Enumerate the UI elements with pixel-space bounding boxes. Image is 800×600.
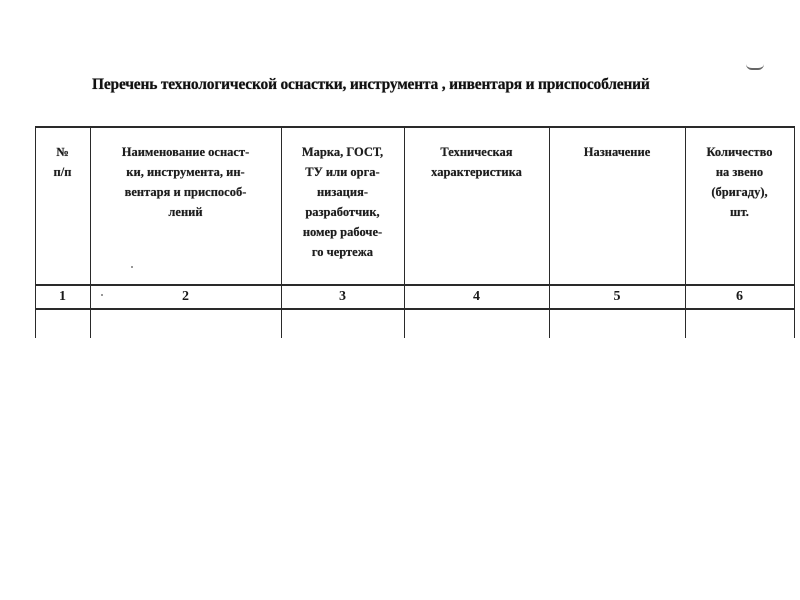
header-cell-number: № п/п xyxy=(35,142,90,182)
column-number-cell: 6 xyxy=(685,286,794,308)
scan-speck xyxy=(131,266,133,268)
column-number-cell: 5 xyxy=(549,286,685,308)
header-cell-purpose: Назначение xyxy=(549,142,685,162)
header-cell-name: Наименование оснаст- ки, инструмента, ин… xyxy=(90,142,281,222)
column-number-cell: 1 xyxy=(35,286,90,308)
column-number-cell: 4 xyxy=(404,286,549,308)
column-number-cell: 3 xyxy=(281,286,404,308)
header-cell-brand-gost: Марка, ГОСТ, ТУ или орга- низация- разра… xyxy=(281,142,404,262)
table-top-border xyxy=(35,126,795,128)
scan-speck xyxy=(101,294,103,296)
scan-artifact-mark xyxy=(746,62,764,70)
column-number-cell: 2 xyxy=(90,286,281,308)
column-border xyxy=(794,126,795,338)
table-row xyxy=(35,310,795,338)
header-cell-technical-characteristics: Техническая характеристика xyxy=(404,142,549,182)
equipment-list-table: № п/п Наименование оснаст- ки, инструмен… xyxy=(35,126,795,338)
document-title: Перечень технологической оснастки, инстр… xyxy=(92,76,752,94)
header-cell-quantity: Количество на звено (бригаду), шт. xyxy=(685,142,794,222)
